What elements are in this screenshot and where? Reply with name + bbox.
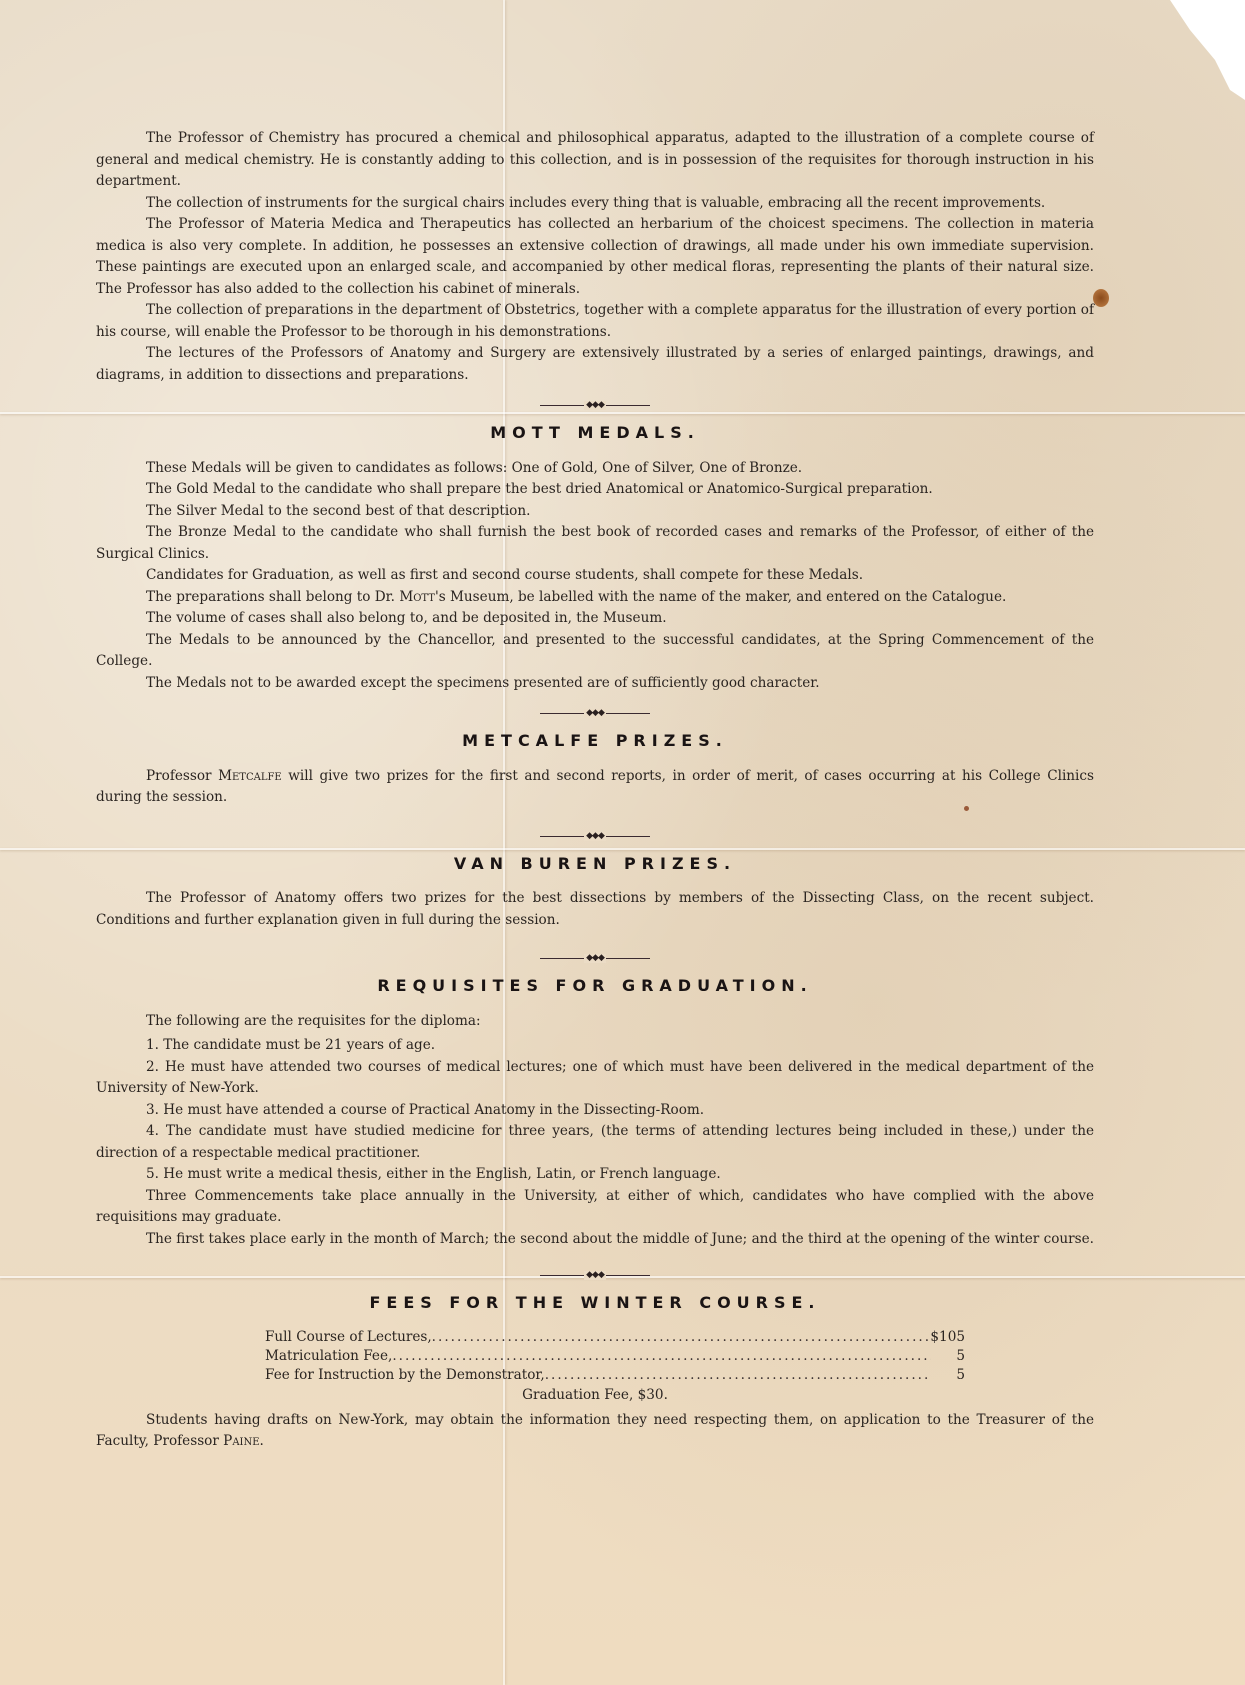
requisite-item: 3. He must have attended a course of Pra…: [96, 1100, 1094, 1122]
requisite-item: 1. The candidate must be 21 years of age…: [96, 1035, 1094, 1057]
fee-row: Fee for Instruction by the Demonstrator,…: [265, 1366, 965, 1385]
paragraph-chemistry: The Professor of Chemistry has procured …: [96, 128, 1094, 193]
heading-van-buren-prizes: VAN BUREN PRIZES.: [96, 853, 1094, 875]
mott-medals-section: These Medals will be given to candidates…: [96, 458, 1094, 695]
fee-row: Matriculation Fee, .....................…: [265, 1347, 965, 1366]
paragraph-metcalfe: Professor Metcalfe will give two prizes …: [96, 766, 1094, 809]
paragraph-schedule: The first takes place early in the month…: [96, 1229, 1094, 1251]
paragraph: The volume of cases shall also belong to…: [96, 608, 1094, 630]
paragraph-commencements: Three Commencements take place annually …: [96, 1186, 1094, 1229]
text: The preparations shall belong to Dr.: [146, 589, 399, 605]
requisite-item: 5. He must write a medical thesis, eithe…: [96, 1164, 1094, 1186]
paragraph-drafts-note: Students having drafts on New-York, may …: [96, 1410, 1094, 1453]
paragraph: The Bronze Medal to the candidate who sh…: [96, 522, 1094, 565]
divider-ornament-icon: ◆◆◆: [584, 832, 606, 841]
requisite-item: 2. He must have attended two courses of …: [96, 1057, 1094, 1100]
ink-stain: [1093, 289, 1109, 307]
graduation-section: The following are the requisites for the…: [96, 1011, 1094, 1251]
paragraph: The Medals to be announced by the Chance…: [96, 630, 1094, 673]
paragraph: The Medals not to be awarded except the …: [96, 673, 1094, 695]
paragraph-museum: The preparations shall belong to Dr. Mot…: [96, 587, 1094, 609]
text: Professor: [146, 768, 218, 784]
paragraph-surgical-instruments: The collection of instruments for the su…: [96, 193, 1094, 215]
heading-metcalfe-prizes: METCALFE PRIZES.: [96, 730, 1094, 752]
paper-sheet: The Professor of Chemistry has procured …: [0, 0, 1245, 1685]
paragraph: The Gold Medal to the candidate who shal…: [96, 479, 1094, 501]
section-divider: ◆◆◆: [540, 400, 650, 410]
leader-dots: ........................................…: [545, 1366, 931, 1385]
paragraph: These Medals will be given to candidates…: [96, 458, 1094, 480]
van-buren-section: The Professor of Anatomy offers two priz…: [96, 888, 1094, 931]
section-divider: ◆◆◆: [540, 953, 650, 963]
divider-ornament-icon: ◆◆◆: [584, 401, 606, 410]
fee-label: Matriculation Fee,: [265, 1347, 392, 1366]
text: 's Museum, be labelled with the name of …: [435, 589, 1006, 605]
document-body: The Professor of Chemistry has procured …: [96, 128, 1094, 1453]
paragraph: The Silver Medal to the second best of t…: [96, 501, 1094, 523]
paragraph: Candidates for Graduation, as well as fi…: [96, 565, 1094, 587]
fee-label: Full Course of Lectures,: [265, 1328, 432, 1347]
leader-dots: ........................................…: [432, 1328, 931, 1347]
paragraph-anatomy-surgery: The lectures of the Professors of Anatom…: [96, 343, 1094, 386]
requisite-item: 4. The candidate must have studied medic…: [96, 1121, 1094, 1164]
fees-table: Full Course of Lectures, ...............…: [225, 1328, 965, 1385]
heading-mott-medals: MOTT MEDALS.: [96, 422, 1094, 444]
divider-ornament-icon: ◆◆◆: [584, 709, 606, 718]
paragraph-van-buren: The Professor of Anatomy offers two priz…: [96, 888, 1094, 931]
heading-fees-winter-course: FEES FOR THE WINTER COURSE.: [96, 1292, 1094, 1314]
fee-row: Full Course of Lectures, ...............…: [265, 1328, 965, 1347]
leader-dots: ........................................…: [392, 1347, 931, 1366]
fee-value: 5: [931, 1366, 965, 1385]
name-small-caps: Mott: [399, 589, 435, 605]
fees-section: Full Course of Lectures, ...............…: [96, 1328, 1094, 1453]
section-divider: ◆◆◆: [540, 708, 650, 718]
divider-ornament-icon: ◆◆◆: [584, 1271, 606, 1280]
fee-value: 5: [931, 1347, 965, 1366]
section-divider: ◆◆◆: [540, 831, 650, 841]
fee-value: $105: [930, 1328, 965, 1347]
heading-requisites-for-graduation: REQUISITES FOR GRADUATION.: [96, 975, 1094, 997]
paragraph-materia-medica: The Professor of Materia Medica and Ther…: [96, 214, 1094, 300]
intro-section: The Professor of Chemistry has procured …: [96, 128, 1094, 386]
paragraph-diploma-intro: The following are the requisites for the…: [96, 1011, 1094, 1033]
divider-ornament-icon: ◆◆◆: [584, 954, 606, 963]
text: .: [260, 1433, 264, 1449]
paragraph-obstetrics: The collection of preparations in the de…: [96, 300, 1094, 343]
name-small-caps: Metcalfe: [218, 768, 282, 784]
fee-label: Fee for Instruction by the Demonstrator,: [265, 1366, 545, 1385]
section-divider: ◆◆◆: [540, 1270, 650, 1280]
graduation-fee: Graduation Fee, $30.: [96, 1385, 1094, 1406]
name-small-caps: Paine: [223, 1433, 259, 1449]
metcalfe-section: Professor Metcalfe will give two prizes …: [96, 766, 1094, 809]
